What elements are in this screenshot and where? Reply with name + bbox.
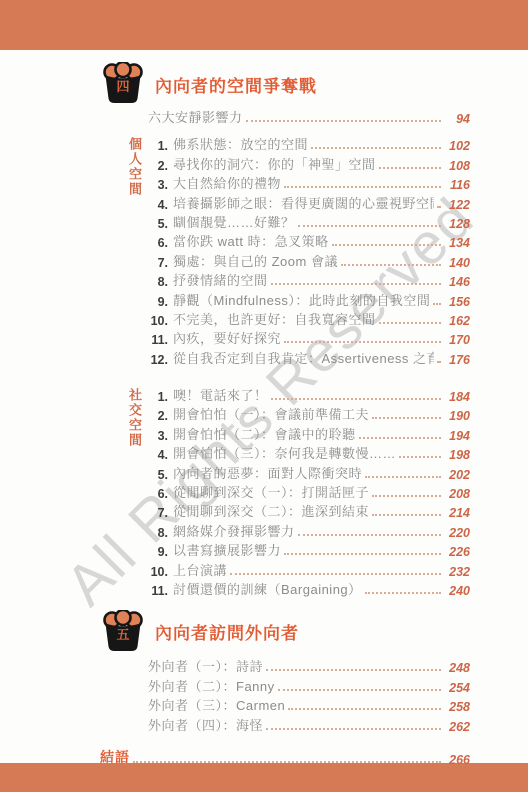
dot-leader	[278, 689, 441, 691]
dot-leader	[266, 669, 441, 671]
toc-row: 2.尋找你的洞穴：你的「神聖」空間108	[148, 153, 470, 172]
toc-row: 5.瞓個靚覺……好難？128	[148, 212, 470, 231]
toc-row: 2.開會怕怕（一）：會議前準備工夫190	[148, 404, 470, 423]
toc-entry-number: 5.	[148, 217, 168, 231]
toc-entry-number: 10.	[148, 314, 168, 328]
toc-entry-label: 外向者（一）：詩詩	[148, 656, 263, 675]
toc-entry-number: 8.	[148, 526, 168, 540]
toc-row: 外向者（三）：Carmen258	[148, 695, 470, 714]
page-number: 254	[444, 681, 470, 695]
toc-entry-label: 六大安靜影響力	[148, 107, 243, 126]
page-number: 146	[444, 275, 470, 289]
toc-row: 6.從閒聊到深交（一）：打開話匣子208	[148, 482, 470, 501]
page-number: 262	[444, 720, 470, 734]
toc-entry-label: 開會怕怕（二）：會議中的聆聽	[173, 424, 356, 443]
page-number: 220	[444, 526, 470, 540]
toc-entry-number: 1.	[148, 139, 168, 153]
toc-row: 外向者（四）：海怪262	[148, 714, 470, 733]
toc-entry-label: 開會怕怕（一）：會議前準備工夫	[173, 404, 369, 423]
dot-leader	[341, 264, 441, 266]
toc-entry-number: 7.	[148, 256, 168, 270]
toc-row: 10.上台演講232	[148, 559, 470, 578]
toc-content: 四 內向者的空間爭奪戰 六大安靜影響力 94 個人空間 1.佛系狀態：放空的空間…	[100, 64, 470, 767]
dot-leader	[372, 495, 441, 497]
toc-row: 7.從閒聊到深交（二）：進深到結束214	[148, 501, 470, 520]
toc-entry-number: 3.	[148, 178, 168, 192]
side-label-personal-space: 個人空間	[128, 137, 141, 197]
toc-entry-number: 11.	[148, 333, 168, 347]
dot-leader	[365, 476, 441, 478]
toc-entry-label: 從自我否定到自我肯定：Assertiveness 之育成	[173, 348, 434, 367]
toc-row: 1.佛系狀態：放空的空間102	[148, 134, 470, 153]
personal-space-group: 個人空間 1.佛系狀態：放空的空間1022.尋找你的洞穴：你的「神聖」空間108…	[148, 134, 470, 367]
toc-row: 8.網絡媒介發揮影響力220	[148, 520, 470, 539]
toc-row: 6.當你跌 watt 時：急叉策略134	[148, 231, 470, 250]
toc-entry-label: 當你跌 watt 時：急叉策略	[173, 231, 329, 250]
toc-row: 12.從自我否定到自我肯定：Assertiveness 之育成176	[148, 347, 470, 366]
dot-leader	[230, 573, 441, 575]
dot-leader	[359, 437, 441, 439]
page-number: 170	[444, 333, 470, 347]
dot-leader	[298, 225, 441, 227]
toc-entry-label: 內向者的惡夢：面對人際衝突時	[173, 463, 362, 482]
toc-entry-number: 7.	[148, 506, 168, 520]
dot-leader	[332, 244, 441, 246]
page-number: 134	[444, 236, 470, 250]
chapter-4-title: 內向者的空間爭奪戰	[155, 72, 317, 97]
toc-row: 9.以書寫擴展影響力226	[148, 540, 470, 559]
dot-leader	[133, 761, 441, 763]
toc-entry-label: 培養攝影師之眼：看得更廣闊的心靈視野空間	[173, 193, 434, 212]
toc-entry-number: 4.	[148, 198, 168, 212]
toc-row-intro: 六大安靜影響力 94	[148, 106, 470, 126]
page-number: 94	[444, 112, 470, 126]
toc-entry-number: 10.	[148, 565, 168, 579]
page-number: 198	[444, 448, 470, 462]
dot-leader	[266, 728, 441, 730]
page-number: 240	[444, 584, 470, 598]
toc-row: 9.靜觀（Mindfulness）：此時此刻的自我空間156	[148, 289, 470, 308]
toc-row: 3.開會怕怕（二）：會議中的聆聽194	[148, 423, 470, 442]
dot-leader	[246, 120, 441, 122]
toc-entry-number: 4.	[148, 448, 168, 462]
toc-entry-number: 6.	[148, 236, 168, 250]
toc-entry-number: 2.	[148, 409, 168, 423]
toc-entry-label: 內疚，要好好探究	[173, 328, 281, 347]
toc-row: 外向者（一）：詩詩248	[148, 656, 470, 675]
page-number: 190	[444, 409, 470, 423]
toc-row: 外向者（二）：Fanny254	[148, 675, 470, 694]
dot-leader	[365, 592, 441, 594]
dot-leader	[437, 206, 441, 208]
page-number: 122	[444, 198, 470, 212]
personal-space-rows: 1.佛系狀態：放空的空間1022.尋找你的洞穴：你的「神聖」空間1083.大自然…	[148, 134, 470, 367]
toc-entry-label: 開會怕怕（三）：奈何我是轉數慢……	[173, 443, 396, 462]
dot-leader	[372, 514, 441, 516]
toc-row: 4.開會怕怕（三）：奈何我是轉數慢……198	[148, 443, 470, 462]
social-space-rows: 1.噢！電話來了！1842.開會怕怕（一）：會議前準備工夫1903.開會怕怕（二…	[148, 385, 470, 598]
chapter-number-glyph: 四	[100, 77, 146, 97]
shumai-dumpling-icon: 五	[100, 610, 146, 652]
toc-entry-number: 5.	[148, 468, 168, 482]
toc-row: 11.內疚，要好好探究170	[148, 328, 470, 347]
dot-leader	[311, 147, 441, 149]
chapter-4-header: 四 內向者的空間爭奪戰	[100, 64, 470, 104]
dot-leader	[379, 167, 441, 169]
toc-entry-number: 12.	[148, 353, 168, 367]
page-number: 208	[444, 487, 470, 501]
toc-entry-label: 從閒聊到深交（二）：進深到結束	[173, 501, 369, 520]
toc-row: 5.內向者的惡夢：面對人際衝突時202	[148, 462, 470, 481]
toc-entry-label: 外向者（四）：海怪	[148, 715, 263, 734]
page-number: 248	[444, 661, 470, 675]
toc-row: 1.噢！電話來了！184	[148, 385, 470, 404]
dot-leader	[271, 398, 441, 400]
toc-entry-label: 噢！電話來了！	[173, 385, 268, 404]
dot-leader	[298, 534, 441, 536]
top-border-bar	[0, 0, 528, 50]
toc-entry-label: 抒發情緒的空間	[173, 270, 268, 289]
page-number: 102	[444, 139, 470, 153]
dot-leader	[288, 708, 441, 710]
toc-entry-label: 以書寫擴展影響力	[173, 540, 281, 559]
dot-leader	[271, 283, 441, 285]
dot-leader	[372, 417, 441, 419]
chapter-number-glyph: 五	[100, 625, 146, 645]
toc-entry-label: 討價還價的訓練（Bargaining）	[173, 579, 362, 598]
toc-entry-label: 外向者（二）：Fanny	[148, 676, 275, 695]
page-number: 194	[444, 429, 470, 443]
toc-row-conclusion: 結語 266	[100, 747, 470, 767]
toc-entry-number: 11.	[148, 584, 168, 598]
toc-entry-number: 9.	[148, 545, 168, 559]
page-number: 108	[444, 159, 470, 173]
toc-entry-label: 上台演講	[173, 560, 227, 579]
toc-entry-number: 9.	[148, 295, 168, 309]
extrovert-interview-rows: 外向者（一）：詩詩248外向者（二）：Fanny254外向者（三）：Carmen…	[148, 656, 470, 734]
toc-entry-number: 3.	[148, 429, 168, 443]
conclusion-label: 結語	[100, 747, 130, 767]
toc-entry-label: 網絡媒介發揮影響力	[173, 521, 295, 540]
toc-entry-label: 外向者（三）：Carmen	[148, 695, 285, 714]
toc-entry-number: 8.	[148, 275, 168, 289]
dot-leader	[399, 456, 441, 458]
chapter-5-title: 內向者訪問外向者	[155, 619, 299, 644]
dot-leader	[379, 322, 441, 324]
toc-entry-label: 從閒聊到深交（一）：打開話匣子	[173, 482, 369, 501]
toc-row: 10.不完美，也許更好：自我寬容空間162	[148, 309, 470, 328]
page-number: 156	[444, 295, 470, 309]
page-number: 176	[444, 353, 470, 367]
toc-row: 7.獨處：與自己的 Zoom 會議140	[148, 250, 470, 269]
chapter-5-header: 五 內向者訪問外向者	[100, 612, 470, 652]
toc-entry-label: 大自然給你的禮物	[173, 173, 281, 192]
toc-entry-label: 獨處：與自己的 Zoom 會議	[173, 251, 338, 270]
page-number: 226	[444, 545, 470, 559]
toc-entry-number: 6.	[148, 487, 168, 501]
page-number: 128	[444, 217, 470, 231]
page-number: 140	[444, 256, 470, 270]
page-number: 266	[444, 753, 470, 767]
dot-leader	[284, 186, 441, 188]
toc-row: 4.培養攝影師之眼：看得更廣闊的心靈視野空間122	[148, 192, 470, 211]
toc-row: 11.討價還價的訓練（Bargaining）240	[148, 579, 470, 598]
toc-entry-label: 瞓個靚覺……好難？	[173, 212, 295, 231]
dot-leader	[284, 341, 441, 343]
page-number: 162	[444, 314, 470, 328]
toc-row: 8.抒發情緒的空間146	[148, 270, 470, 289]
dot-leader	[284, 553, 441, 555]
shumai-dumpling-icon: 四	[100, 62, 146, 104]
page-number: 202	[444, 468, 470, 482]
toc-entry-label: 靜觀（Mindfulness）：此時此刻的自我空間	[173, 290, 430, 309]
dot-leader	[437, 361, 441, 363]
toc-entry-label: 佛系狀態：放空的空間	[173, 134, 308, 153]
page-number: 232	[444, 565, 470, 579]
page-number: 184	[444, 390, 470, 404]
toc-entry-label: 不完美，也許更好：自我寬容空間	[173, 309, 376, 328]
social-space-group: 社交空間 1.噢！電話來了！1842.開會怕怕（一）：會議前準備工夫1903.開…	[148, 385, 470, 598]
page-number: 258	[444, 700, 470, 714]
toc-entry-number: 2.	[148, 159, 168, 173]
bottom-border-bar	[0, 763, 528, 792]
toc-entry-number: 1.	[148, 390, 168, 404]
page-number: 116	[444, 178, 470, 192]
toc-row: 3.大自然給你的禮物116	[148, 173, 470, 192]
toc-entry-label: 尋找你的洞穴：你的「神聖」空間	[173, 154, 376, 173]
side-label-social-space: 社交空間	[128, 388, 141, 448]
dot-leader	[433, 303, 441, 305]
page-number: 214	[444, 506, 470, 520]
